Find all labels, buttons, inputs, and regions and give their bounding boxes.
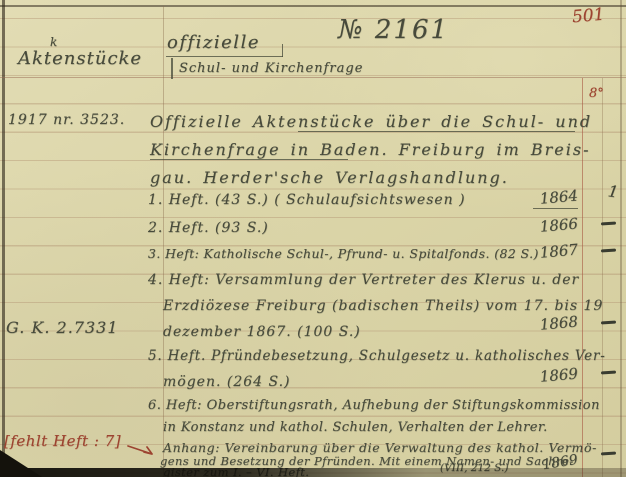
entry-line-1: Offizielle Aktenstücke über die Schul- u… <box>150 112 592 132</box>
item-1-line: 1. Heft. (43 S.) ( Schulaufsichtswesen ) <box>148 190 466 210</box>
underline-offizielle <box>166 56 283 57</box>
item-4-year: 1868 <box>519 312 579 337</box>
item-3-year: 1867 <box>519 240 579 265</box>
card-bottom-left-corner <box>0 450 42 477</box>
item-2-year: 1866 <box>519 214 579 239</box>
item-4-line-3: dezember 1867. (100 S.) <box>163 322 361 342</box>
card-left-edge <box>2 0 5 477</box>
red-arrow-icon <box>126 441 160 461</box>
item-4-line-1: 4. Heft: Versammlung der Vertreter des K… <box>148 270 579 290</box>
item-6-margin-dash <box>601 451 616 455</box>
card-top-edge <box>0 5 626 7</box>
item-1-year: 1864 <box>519 186 579 211</box>
shelfmark: G. K. 2.7331 <box>6 318 119 338</box>
underline-flourish-tick <box>282 44 283 57</box>
item-4-line-2: Erzdiözese Freiburg (badischen Theils) v… <box>163 296 603 316</box>
item-5-year: 1869 <box>519 364 579 389</box>
catalog-card: 501 № 2161 k Aktenstücke offizielle Schu… <box>0 0 626 477</box>
item-4-margin-dash <box>601 320 616 324</box>
item-2-margin-dash <box>601 221 616 225</box>
card-right-edge <box>620 0 622 477</box>
underline-entry-1 <box>298 131 575 132</box>
record-number: № 2161 <box>338 20 449 40</box>
item-5-margin-dash <box>601 370 616 374</box>
item-3-line: 3. Heft: Katholische Schul-, Pfrund- u. … <box>148 244 539 264</box>
item-1-margin-mark: 1 <box>606 181 619 202</box>
card-bottom-edge <box>0 468 626 477</box>
item-5-line-2: mögen. (264 S.) <box>163 372 291 392</box>
red-margin-line <box>582 78 583 477</box>
margin-divider-line <box>602 78 603 477</box>
item-6-line-1: 6. Heft: Oberstiftungsrath, Aufhebung de… <box>148 396 600 416</box>
item-5-line-1: 5. Heft. Pfründebesetzung, Schulgesetz u… <box>148 346 606 366</box>
item-2-line: 2. Heft. (93 S.) <box>148 218 269 238</box>
subtitle-lead-stroke <box>171 58 173 79</box>
entry-line-2: Kirchenfrage in Baden. Freiburg im Breis… <box>150 140 591 160</box>
missing-heft-note: [fehlt Heft : 7] <box>4 431 121 451</box>
folio-number: 501 <box>571 5 605 28</box>
subtitle: Schul- und Kirchenfrage <box>179 59 363 79</box>
format-mark: 8° <box>589 84 604 104</box>
title-center: offizielle <box>167 33 260 53</box>
underline-year-1864 <box>533 208 578 209</box>
underline-entry-2 <box>150 159 348 160</box>
entry-line-3: gau. Herder'sche Verlagshandlung. <box>150 168 509 188</box>
item-6-line-2: in Konstanz und kathol. Schulen, Verhalt… <box>163 418 548 438</box>
accession-note: 1917 nr. 3523. <box>8 110 125 130</box>
item-3-margin-dash <box>601 248 616 252</box>
title-left: Aktenstücke <box>18 49 142 69</box>
